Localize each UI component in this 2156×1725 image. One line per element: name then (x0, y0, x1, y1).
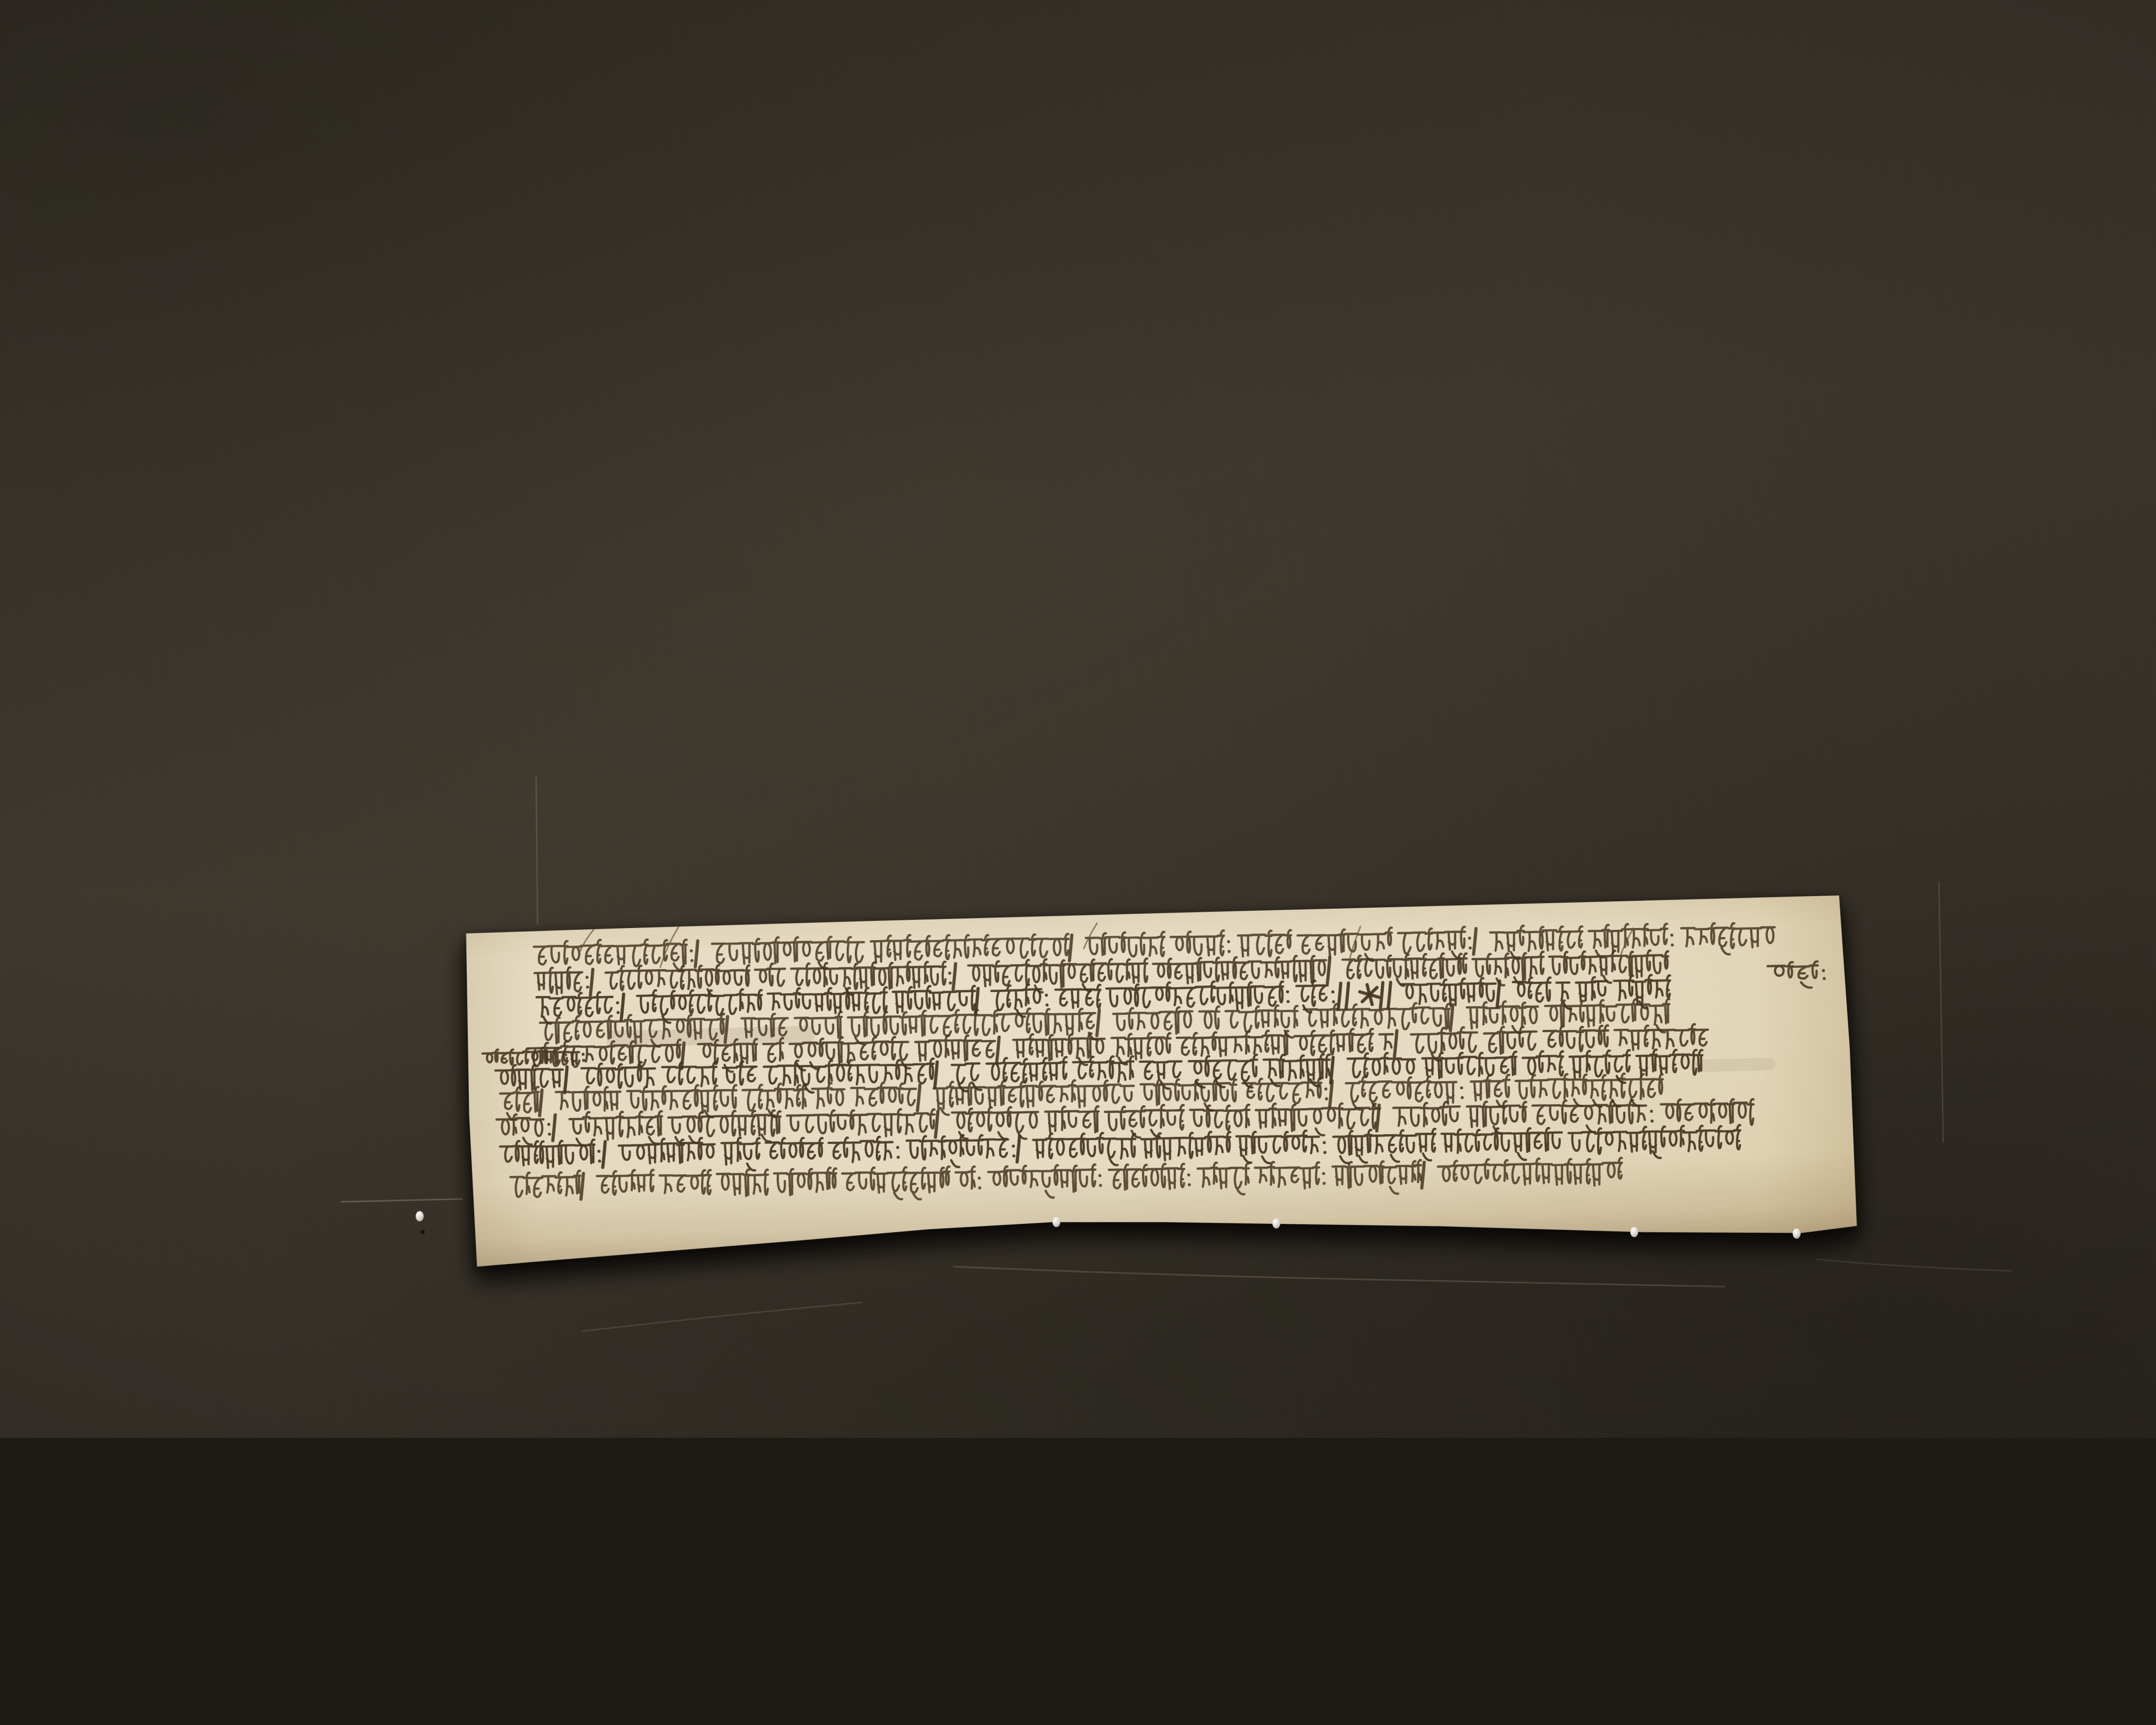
mounting-pin-icon (1272, 1218, 1281, 1229)
photo-backdrop: দশাহমিদমব্রুবীঃ। কথনুহৃষ্ণপাপেন ক্ষুদ্রে… (0, 0, 2156, 1438)
pin-shadow-dot (420, 1229, 425, 1234)
mounting-pin-icon (1630, 1227, 1639, 1237)
mounting-pin-icon (416, 1211, 424, 1221)
mounting-pin-icon (1053, 1217, 1061, 1227)
mounting-pins-layer (0, 0, 2156, 1438)
mounting-pin-icon (1792, 1228, 1801, 1239)
